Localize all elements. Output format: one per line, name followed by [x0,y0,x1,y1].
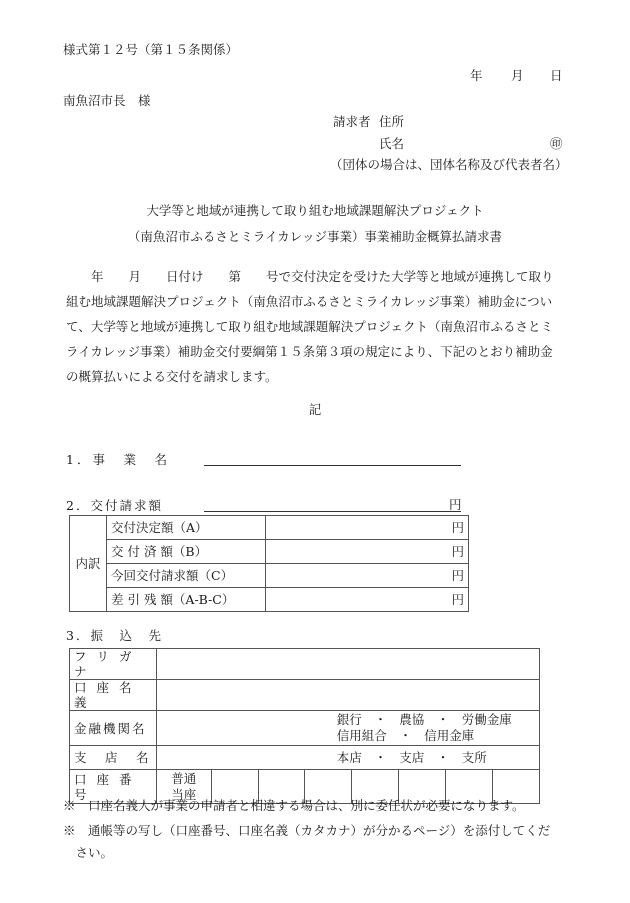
body-line: 年 月 日付け 第 号で交付決定を受けた大学等と地域が連携して取り [66,264,566,289]
branch-options: 本店 ・ 支店 ・ 支所 [337,750,487,765]
yen-unit: 円 [451,520,464,535]
section3-label: 3．振 込 先 [66,628,163,644]
body-paragraph: 年 月 日付け 第 号で交付決定を受けた大学等と地域が連携して取り 組む地域課題… [66,264,566,389]
body-line: の概算払いによる交付を請求します。 [66,364,566,389]
section1-label: 1．事 業 名 [66,452,170,468]
date-month-label: 月 [511,68,524,84]
breakdown-row-label: 差 引 残 額（A-B-C） [107,588,266,612]
yen-unit: 円 [451,568,464,583]
institution-options-line2: 信用組合 ・ 信用金庫 [337,728,535,744]
addressee: 南魚沼市長 様 [63,93,151,109]
note-proxy-required: ※ 口座名義人が事業の申請者と相違する場合は、別に委任状が必要になります。 [63,798,525,814]
breakdown-label: 内訳 [70,516,107,612]
request-amount-field[interactable] [204,511,461,512]
account-type-ordinary: 普通 [161,771,207,787]
date-year-label: 年 [470,68,483,84]
furigana-field[interactable] [156,649,539,680]
seal-icon: ㊞ [550,136,563,152]
account-name-label: 口 座 名 義 [70,680,157,711]
business-name-field[interactable] [204,465,461,466]
note-attach-passbook: ※ 通帳等の写し（口座番号、口座名義（カタカナ）が分かるページ）を添付してくだ [63,823,550,839]
breakdown-table: 内訳 交付決定額（A） 円 交 付 済 額（B） 円 今回交付請求額（C） 円 … [69,515,469,612]
account-name-field[interactable] [156,680,539,711]
yen-unit: 円 [451,544,464,559]
breakdown-row-label: 交付決定額（A） [107,516,266,540]
group-note: （団体の場合は、団体名称及び代表者名） [330,157,568,173]
note-attach-passbook-cont: さい。 [63,845,113,861]
breakdown-amount-b[interactable]: 円 [266,540,469,564]
request-amount-unit: 円 [449,497,462,513]
section2-label: 2．交付請求額 [66,498,163,514]
requester-label: 請求者 [333,114,371,130]
address-label: 住所 [379,114,404,130]
breakdown-amount-a[interactable]: 円 [266,516,469,540]
body-line: て、大学等と地域が連携して取り組む地域課題解決プロジェクト（南魚沼市ふるさとミ [66,314,566,339]
body-line: ライカレッジ事業）補助金交付要綱第１５条第３項の規定により、下記のとおり補助金 [66,339,566,364]
document-title-line1: 大学等と地域が連携して取り組む地域課題解決プロジェクト [0,203,630,219]
breakdown-row-label: 交 付 済 額（B） [107,540,266,564]
breakdown-row-label: 今回交付請求額（C） [107,564,266,588]
institution-options-line1: 銀行 ・ 農協 ・ 労働金庫 [337,712,535,728]
date-day-label: 日 [550,68,563,84]
institution-field[interactable]: 銀行 ・ 農協 ・ 労働金庫 信用組合 ・ 信用金庫 [156,711,539,746]
branch-field[interactable]: 本店 ・ 支店 ・ 支所 [156,746,539,770]
name-label: 氏名 [379,136,404,152]
ki-heading: 記 [0,402,630,418]
form-number: 様式第１２号（第１５条関係） [63,42,238,58]
furigana-label: フ リ ガ ナ [70,649,157,680]
breakdown-amount-c[interactable]: 円 [266,564,469,588]
body-line: 組む地域課題解決プロジェクト（南魚沼市ふるさとミライカレッジ事業）補助金につい [66,289,566,314]
institution-label: 金融機関名 [70,711,157,746]
branch-label: 支 店 名 [70,746,157,770]
yen-unit: 円 [451,592,464,607]
breakdown-amount-remaining[interactable]: 円 [266,588,469,612]
bank-transfer-table: フ リ ガ ナ 口 座 名 義 金融機関名 銀行 ・ 農協 ・ 労働金庫 信用組… [69,648,540,804]
document-title-line2: （南魚沼市ふるさとミライカレッジ事業）事業補助金概算払請求書 [0,229,630,245]
